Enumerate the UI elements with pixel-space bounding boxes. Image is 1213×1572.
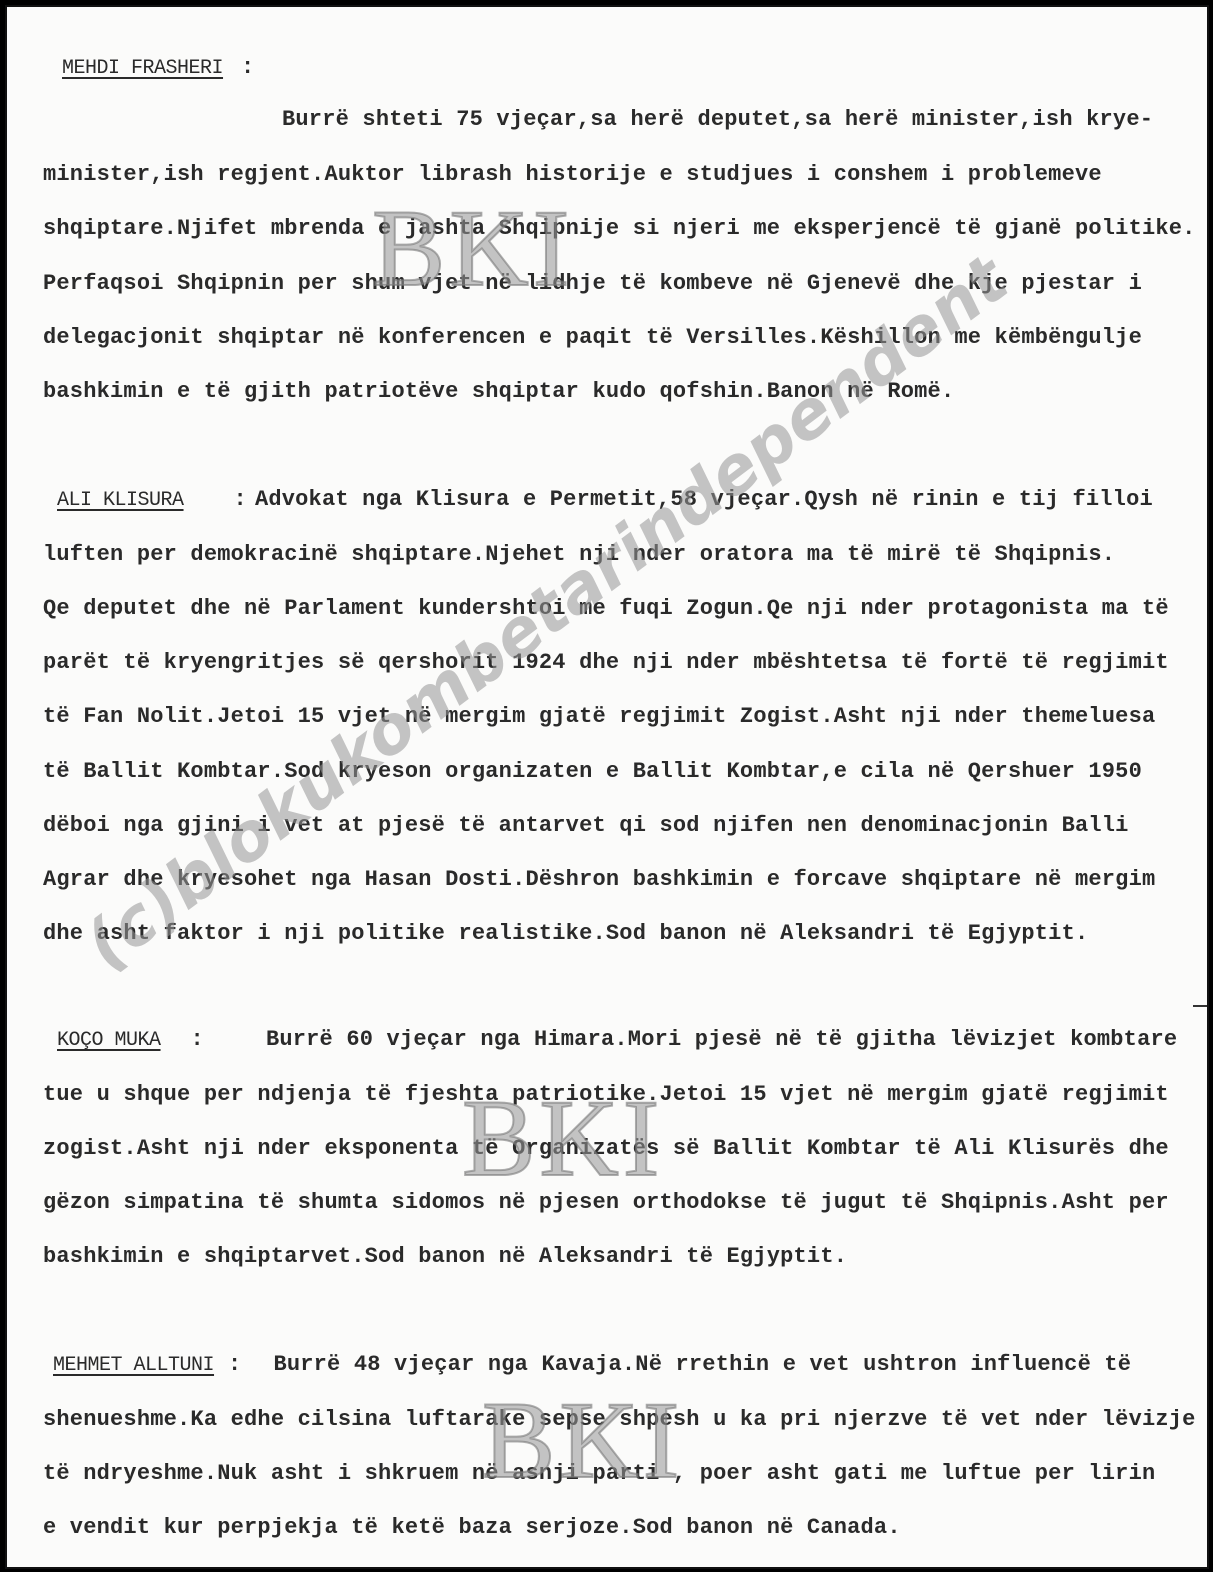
text-line: parët të kryengritjes së qershorit 1924 … — [43, 650, 1169, 676]
person-name: ALI KLISURA — [57, 489, 184, 512]
separator: : — [241, 55, 254, 81]
person-name: KOÇO MUKA — [57, 1029, 161, 1052]
text-line: të ndryeshme.Nuk asht i shkruem në asnji… — [43, 1461, 1155, 1487]
entry-heading: ALI KLISURA:Advokat nga Klisura e Permet… — [57, 487, 1153, 514]
separator: : — [191, 1027, 204, 1053]
text-line: të Fan Nolit.Jetoi 15 vjet në mergim gja… — [43, 704, 1155, 730]
text-line: Perfaqsoi Shqipnin per shum vjet në lidh… — [43, 271, 1142, 297]
text-line: shqiptare.Njifet mbrenda e jashta Shqipn… — [43, 216, 1196, 242]
text-line: bashkimin e të gjith patriotëve shqiptar… — [43, 379, 954, 405]
text-line: Agrar dhe kryesohet nga Hasan Dosti.Dësh… — [43, 867, 1155, 893]
entry-heading: KOÇO MUKA:Burrë 60 vjeçar nga Himara.Mor… — [57, 1027, 1177, 1054]
entry-heading: MEHDI FRASHERI: — [62, 55, 268, 82]
text-line: luften per demokracinë shqiptare.Njehet … — [43, 542, 1115, 568]
edge-mark — [1193, 1005, 1207, 1007]
text-line: shenueshme.Ka edhe cilsina luftarake sep… — [43, 1407, 1196, 1433]
text-line: zogist.Asht nji nder eksponenta të Organ… — [43, 1136, 1169, 1162]
text-line: Burrë shteti 75 vjeçar,sa herë deputet,s… — [282, 107, 1153, 133]
person-name: MEHMET ALLTUNI — [53, 1354, 214, 1377]
text-line: bashkimin e shqiptarvet.Sod banon në Ale… — [43, 1244, 847, 1270]
text-line: dëboi nga gjini i vet at pjesë të antarv… — [43, 813, 1129, 839]
person-name: MEHDI FRASHERI — [62, 57, 223, 80]
text-line: minister,ish regjent.Auktor librash hist… — [43, 162, 1102, 188]
text-line: tue u shque per ndjenja të fjeshta patri… — [43, 1082, 1169, 1108]
text-line: Advokat nga Klisura e Permetit,58 vjeçar… — [255, 487, 1153, 512]
text-line: gëzon simpatina të shumta sidomos në pje… — [43, 1190, 1169, 1216]
text-line: delegacjonit shqiptar në konferencen e p… — [43, 325, 1142, 351]
separator: : — [228, 1352, 241, 1378]
text-line: të Ballit Kombtar.Sod kryeson organizate… — [43, 759, 1142, 785]
typewritten-document-page: MEHDI FRASHERI: Burrë shteti 75 vjeçar,s… — [5, 5, 1209, 1569]
entry-heading: MEHMET ALLTUNI:Burrë 48 vjeçar nga Kavaj… — [53, 1352, 1131, 1379]
text-line: Qe deputet dhe në Parlament kundershtoi … — [43, 596, 1169, 622]
text-line: dhe asht faktor i nji politike realistik… — [43, 921, 1088, 947]
text-line: Burrë 48 vjeçar nga Kavaja.Në rrethin e … — [273, 1352, 1131, 1377]
text-line: e vendit kur perpjekja të ketë baza serj… — [43, 1515, 901, 1541]
separator: : — [234, 487, 247, 513]
text-line: Burrë 60 vjeçar nga Himara.Mori pjesë në… — [266, 1027, 1177, 1052]
